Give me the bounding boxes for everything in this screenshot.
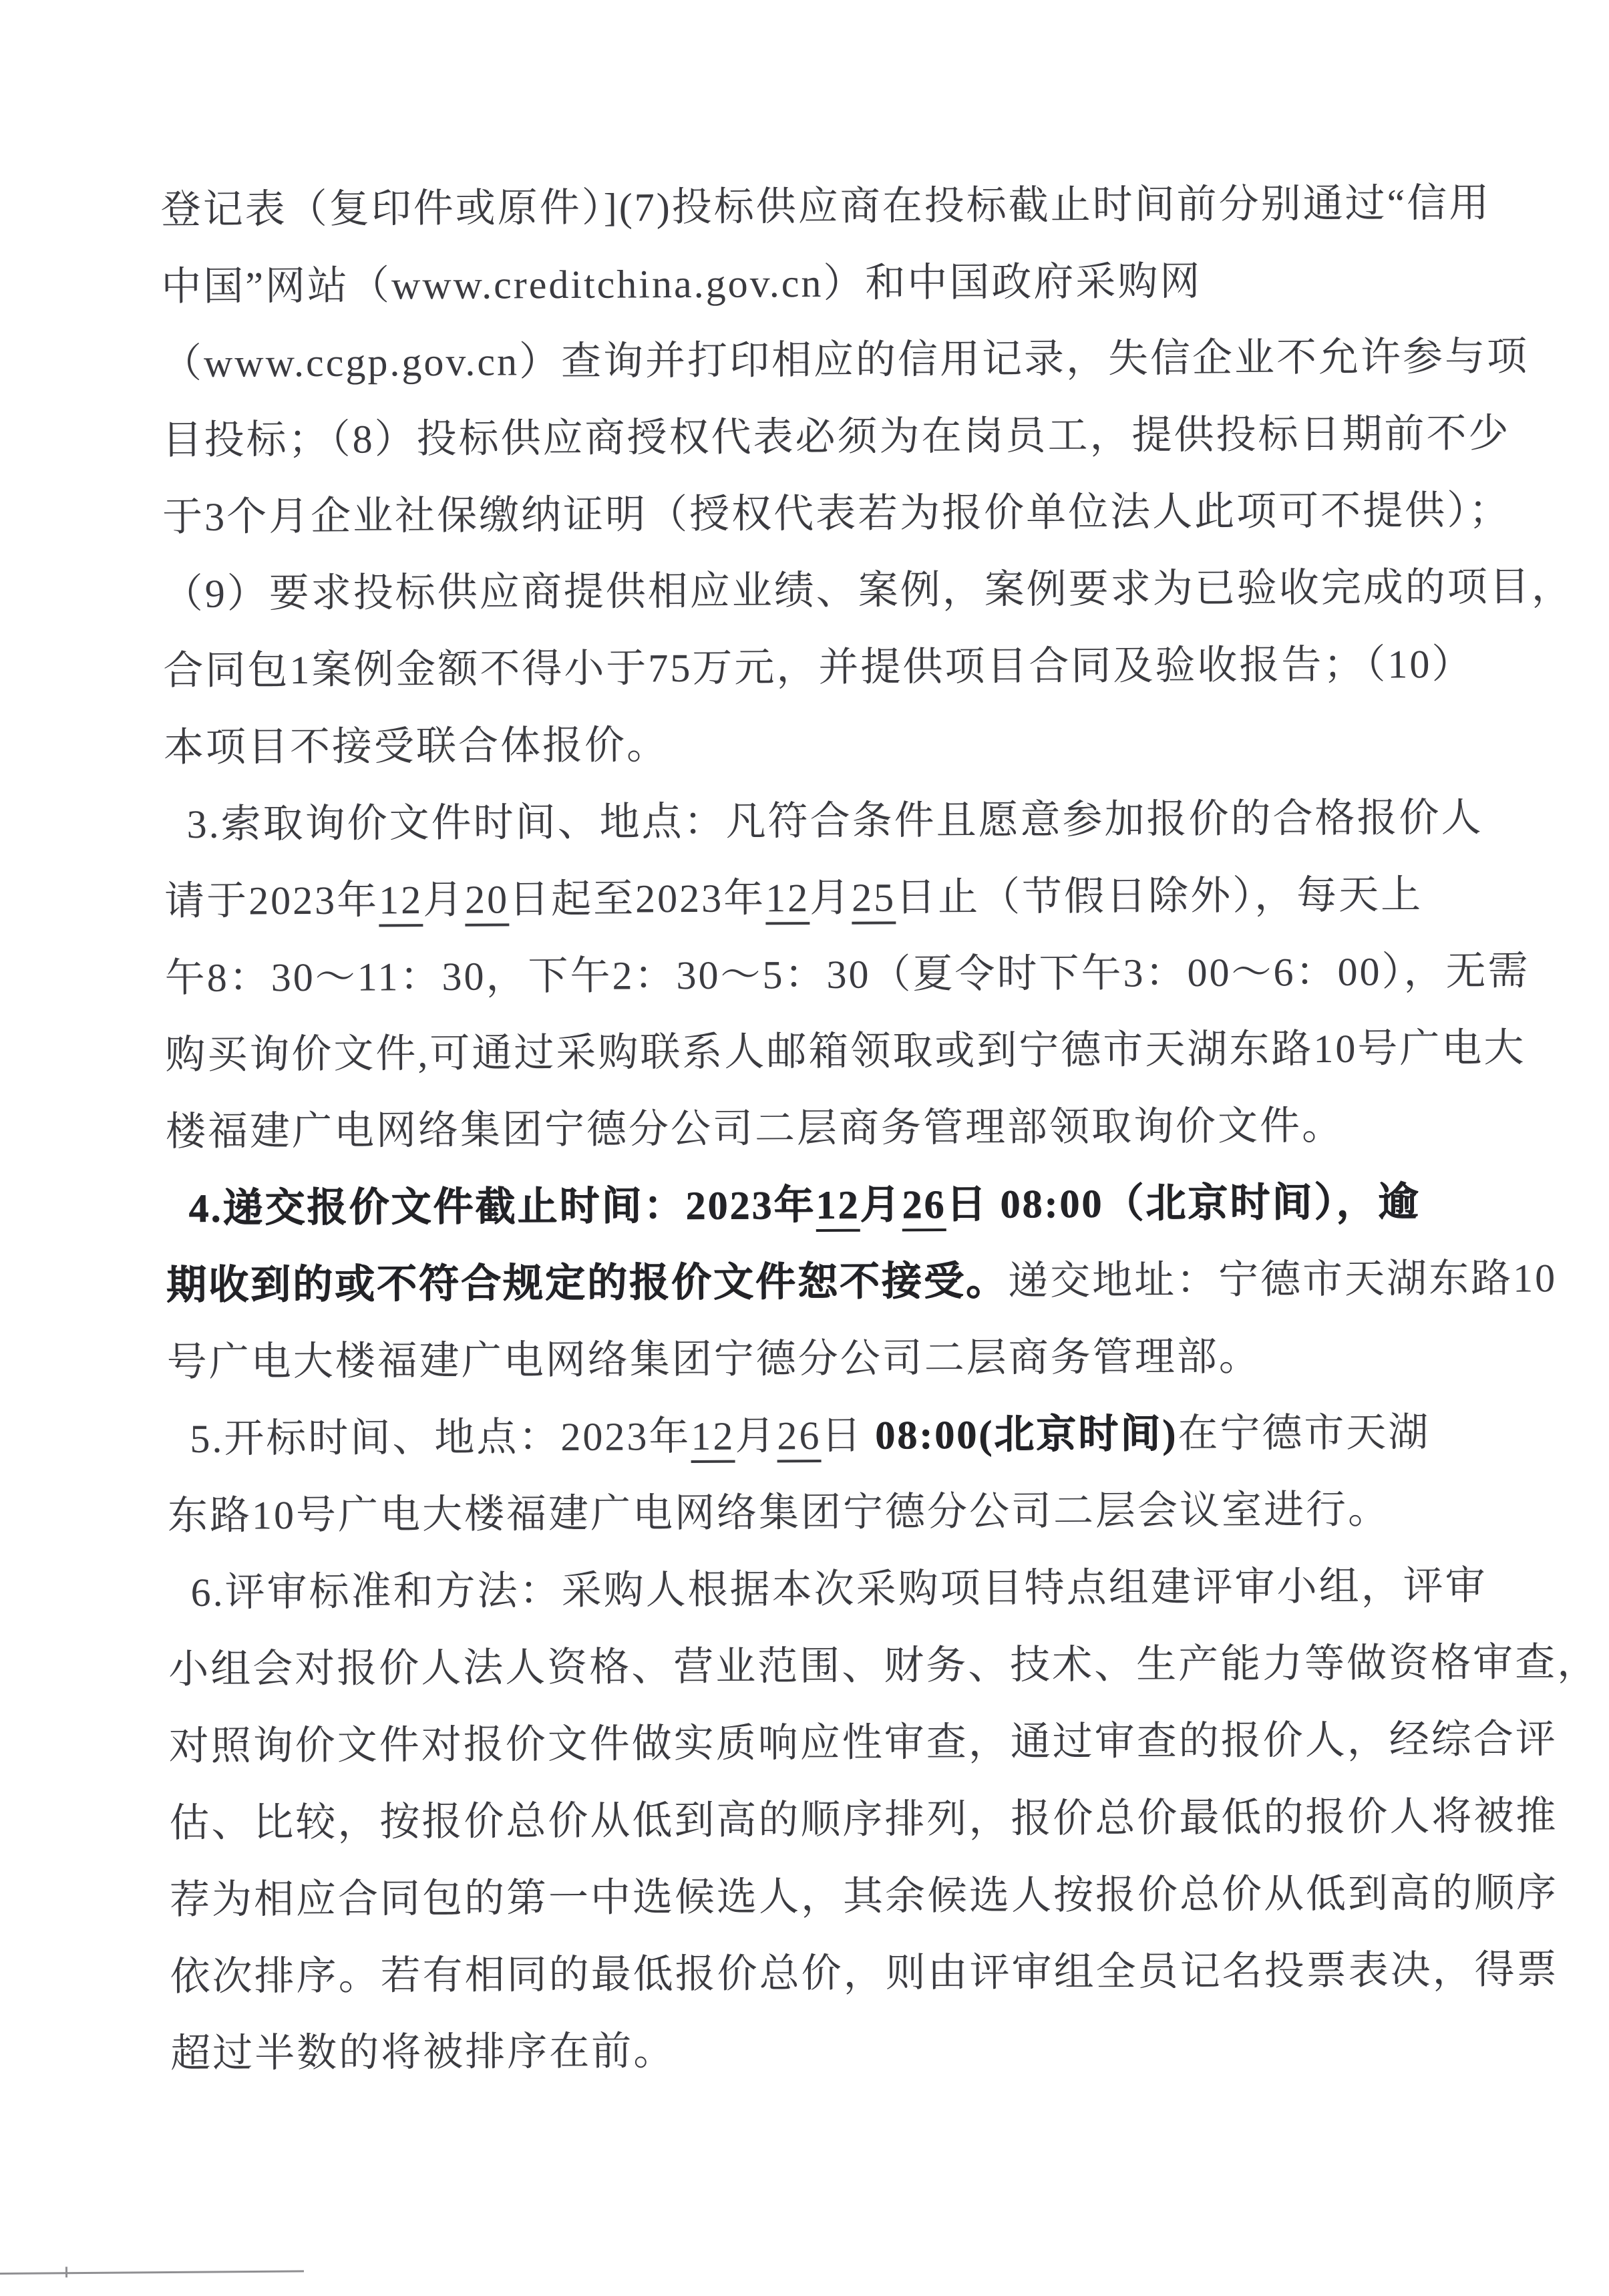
text-segment: 20 [465,877,509,926]
text-segment: 08:00(北京时间) [875,1412,1178,1457]
document-line: 3.索取询价文件时间、地点：凡符合条件且愿意参加报价的合格报价人 [164,780,1473,863]
text-segment: 超过半数的将被排序在前。 [170,2029,675,2076]
text-segment: 12 [816,1183,860,1232]
scan-artifact-tick [65,2267,67,2277]
text-segment: 本项目不接受联合体报价。 [164,723,669,770]
text-segment: 东路10号广电大楼福建广电网络集团宁德分公司二层会议室进行。 [168,1488,1390,1538]
document-line: 依次排序。若有相同的最低报价总价，则由评审组全员记名投票表决，得票 [170,1932,1479,2015]
document-line: 6.评审标准和方法：采购人根据本次采购项目特点组建评审小组，评审 [168,1548,1477,1631]
text-segment: 26 [777,1414,821,1462]
text-segment: 月 [810,876,852,920]
document-line: 目投标；（8）投标供应商授权代表必须为在岗员工，提供投标日期前不少 [162,395,1471,479]
text-segment: 于3个月企业社保缴纳证明（授权代表若为报价单位法人此项可不提供）； [162,488,1511,540]
scan-artifact-line [0,2270,304,2275]
text-segment: 荐为相应合同包的第一中选候选人，其余候选人按报价总价从低到高的顺序 [170,1870,1558,1922]
text-segment: 递交地址：宁德市天湖东路10 [1008,1256,1557,1303]
text-segment: 日 [821,1414,875,1458]
text-segment: 12 [691,1414,735,1463]
document-line: 小组会对报价人法人资格、营业范围、财务、技术、生产能力等做资格审查， [168,1625,1478,1708]
text-segment: 日起至2023年 [509,876,765,921]
document-line: 4.递交报价文件截止时间：2023年12月26日 08:00（北京时间），逾 [166,1164,1475,1247]
text-segment: 月 [735,1414,777,1458]
document-line: 购买询价文件,可通过采购联系人邮箱领取或到宁德市天湖东路10号广电大 [165,1010,1475,1094]
document-line: （9）要求投标供应商提供相应业绩、案例，案例要求为已验收完成的项目， [162,549,1472,633]
text-segment: 日止（节假日除外），每天上 [896,872,1423,919]
text-segment: 登记表（复印件或原件）](7)投标供应商在投标截止时间前分别通过“信用 [161,181,1491,232]
text-segment: 期收到的或不符合规定的报价文件恕不接受。 [166,1259,1008,1308]
document-line: 合同包1案例金额不得小于75万元，并提供项目合同及验收报告；（10） [163,626,1473,709]
text-segment: （9）要求投标供应商提供相应业绩、案例，案例要求为已验收完成的项目， [163,564,1574,616]
text-segment: 月 [423,878,465,922]
document-line: 于3个月企业社保缴纳证明（授权代表若为报价单位法人此项可不提供）； [162,472,1472,556]
text-segment: 依次排序。若有相同的最低报价总价，则由评审组全员记名投票表决，得票 [170,1947,1558,1999]
document-content: 登记表（复印件或原件）](7)投标供应商在投标截止时间前分别通过“信用中国”网站… [160,165,1479,2092]
document-line: 超过半数的将被排序在前。 [170,2009,1480,2092]
document-line: 中国”网站（www.creditchina.gov.cn）和中国政府采购网 [161,242,1471,325]
text-segment: 月 [860,1182,902,1226]
text-segment: 楼福建广电网络集团宁德分公司二层商务管理部领取询价文件。 [166,1104,1344,1154]
document-line: （www.ccgp.gov.cn）查询并打印相应的信用记录，失信企业不允许参与项 [162,319,1471,402]
text-segment: 对照询价文件对报价文件做实质响应性审查，通过审查的报价人，经综合评 [169,1717,1558,1768]
document-line: 期收到的或不符合规定的报价文件恕不接受。递交地址：宁德市天湖东路10 [166,1241,1476,1324]
text-segment: 小组会对报价人法人资格、营业范围、财务、技术、生产能力等做资格审查， [168,1640,1599,1691]
document-line: 东路10号广电大楼福建广电网络集团宁德分公司二层会议室进行。 [168,1471,1477,1554]
text-segment: （www.ccgp.gov.cn）查询并打印相应的信用记录，失信企业不允许参与项 [162,334,1529,385]
document-line: 楼福建广电网络集团宁德分公司二层商务管理部领取询价文件。 [166,1087,1475,1170]
document-line: 午8：30～11：30，下午2：30～5：30（夏令时下午3：00～6：00），… [165,933,1475,1017]
document-line: 本项目不接受联合体报价。 [164,703,1473,786]
document-line: 号广电大楼福建广电网络集团宁德分公司二层商务管理部。 [167,1317,1477,1401]
text-segment: 日 08:00（北京时间），逾 [946,1180,1420,1226]
document-line: 请于2023年12月20日起至2023年12月25日止（节假日除外），每天上 [164,856,1474,940]
text-segment: 12 [765,876,810,925]
text-segment: 4.递交报价文件截止时间：2023年 [188,1183,816,1231]
text-segment: 在宁德市天湖 [1178,1410,1430,1456]
text-segment: 号广电大楼福建广电网络集团宁德分公司二层商务管理部。 [167,1335,1261,1385]
document-line: 5.开标时间、地点：2023年12月26日 08:00(北京时间)在宁德市天湖 [167,1394,1477,1478]
text-segment: 25 [852,875,896,924]
text-segment: 午8：30～11：30，下午2：30～5：30（夏令时下午3：00～6：00），… [165,949,1530,1000]
text-segment: 3.索取询价文件时间、地点：凡符合条件且愿意参加报价的合格报价人 [186,796,1483,846]
text-segment: 中国”网站（www.creditchina.gov.cn）和中国政府采购网 [161,259,1202,309]
text-segment: 目投标；（8）投标供应商授权代表必须为在岗员工，提供投标日期前不少 [162,412,1510,463]
document-line: 对照询价文件对报价文件做实质响应性审查，通过审查的报价人，经综合评 [169,1701,1479,1785]
text-segment: 购买询价文件,可通过采购联系人邮箱领取或到宁德市天湖东路10号广电大 [165,1025,1526,1077]
text-segment: 估、比较，按报价总价从低到高的顺序排列，报价总价最低的报价人将被推 [169,1794,1558,1845]
document-line: 登记表（复印件或原件）](7)投标供应商在投标截止时间前分别通过“信用 [160,165,1470,249]
document-line: 荐为相应合同包的第一中选候选人，其余候选人按报价总价从低到高的顺序 [170,1855,1479,1939]
text-segment: 请于2023年 [164,878,379,923]
text-segment: 26 [902,1182,946,1231]
text-segment: 6.评审标准和方法：采购人根据本次采购项目特点组建评审小组，评审 [190,1564,1487,1615]
text-segment: 5.开标时间、地点：2023年 [190,1414,691,1461]
text-segment: 12 [379,878,423,927]
document-line: 估、比较，按报价总价从低到高的顺序排列，报价总价最低的报价人将被推 [169,1778,1479,1862]
text-segment: 合同包1案例金额不得小于75万元，并提供项目合同及验收报告；（10） [163,642,1473,693]
document-page: 登记表（复印件或原件）](7)投标供应商在投标截止时间前分别通过“信用中国”网站… [0,0,1609,2296]
